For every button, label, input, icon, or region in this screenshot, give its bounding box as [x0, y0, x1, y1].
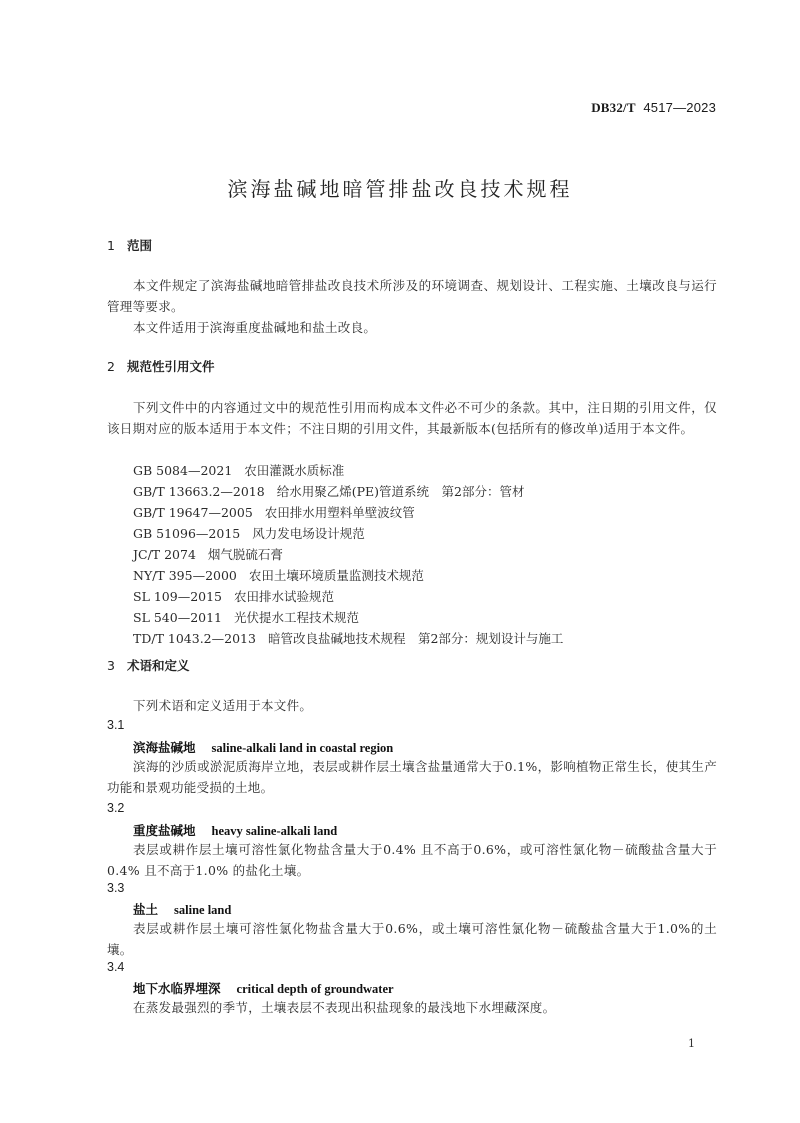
reference-item: NY/T 395—2000农田土壤环境质量监测技术规范	[133, 565, 424, 586]
term-name-zh: 重度盐碱地	[133, 823, 196, 838]
standard-number: 4517—2023	[643, 100, 716, 115]
reference-title: 农田土壤环境质量监测技术规范	[249, 568, 424, 583]
reference-code: GB 5084—2021	[133, 463, 232, 478]
term-name-en: critical depth of groundwater	[237, 982, 394, 996]
term-definition: 表层或耕作层土壤可溶性氯化物盐含量大于0.4% 且不高于0.6%，或可溶性氯化物…	[107, 839, 717, 881]
term-name: 地下水临界埋深critical depth of groundwater	[133, 979, 394, 997]
term-number: 3.4	[107, 960, 124, 974]
term-number: 3.1	[107, 718, 124, 732]
reference-title: 光伏提水工程技术规范	[234, 610, 359, 625]
term-name-zh: 盐土	[133, 902, 158, 917]
reference-code: SL 109—2015	[133, 589, 222, 604]
section-title: 范围	[127, 238, 152, 253]
reference-code: GB/T 19647—2005	[133, 505, 253, 520]
reference-item: JC/T 2074烟气脱硫石膏	[133, 544, 283, 565]
section-number: 2	[107, 359, 127, 374]
page-number: 1	[688, 1037, 695, 1050]
reference-item: GB/T 19647—2005农田排水用塑料单壁波纹管	[133, 502, 415, 523]
term-name-en: saline land	[174, 903, 231, 917]
section-1-paragraph-2: 本文件适用于滨海重度盐碱地和盐土改良。	[107, 317, 717, 338]
section-title: 规范性引用文件	[127, 359, 215, 374]
term-name-zh: 滨海盐碱地	[133, 740, 196, 755]
term-definition: 表层或耕作层土壤可溶性氯化物盐含量大于0.6%，或土壤可溶性氯化物－硫酸盐含量大…	[107, 918, 717, 960]
term-definition: 滨海的沙质或淤泥质海岸立地，表层或耕作层土壤含盐量通常大于0.1%，影响植物正常…	[107, 756, 717, 798]
reference-title: 农田灌溉水质标准	[244, 463, 344, 478]
section-3-intro: 下列术语和定义适用于本文件。	[107, 695, 717, 716]
reference-item: GB/T 13663.2—2018给水用聚乙烯(PE)管道系统 第2部分：管材	[133, 481, 524, 502]
section-1-paragraph-1: 本文件规定了滨海盐碱地暗管排盐改良技术所涉及的环境调查、规划设计、工程实施、土壤…	[107, 275, 717, 317]
term-name-en: saline-alkali land in coastal region	[212, 741, 394, 755]
section-3-heading: 3术语和定义	[107, 656, 190, 674]
reference-item: TD/T 1043.2—2013暗管改良盐碱地技术规程 第2部分：规划设计与施工	[133, 628, 563, 649]
reference-code: JC/T 2074	[133, 547, 196, 562]
reference-item: GB 5084—2021农田灌溉水质标准	[133, 460, 344, 481]
reference-code: TD/T 1043.2—2013	[133, 631, 256, 646]
reference-item: SL 540—2011光伏提水工程技术规范	[133, 607, 359, 628]
section-title: 术语和定义	[127, 658, 190, 673]
term-name-zh: 地下水临界埋深	[133, 981, 221, 996]
reference-code: SL 540—2011	[133, 610, 222, 625]
reference-title: 烟气脱硫石膏	[208, 547, 283, 562]
term-name: 重度盐碱地heavy saline-alkali land	[133, 821, 337, 839]
section-2-heading: 2规范性引用文件	[107, 357, 215, 375]
term-name: 滨海盐碱地saline-alkali land in coastal regio…	[133, 738, 393, 756]
section-number: 1	[107, 238, 127, 253]
term-number: 3.3	[107, 881, 124, 895]
reference-title: 农田排水试验规范	[234, 589, 334, 604]
reference-title: 农田排水用塑料单壁波纹管	[265, 505, 415, 520]
reference-title: 暗管改良盐碱地技术规程 第2部分：规划设计与施工	[268, 631, 563, 646]
section-number: 3	[107, 658, 127, 673]
reference-item: GB 51096—2015风力发电场设计规范	[133, 523, 365, 544]
term-name-en: heavy saline-alkali land	[212, 824, 338, 838]
section-2-paragraph-1: 下列文件中的内容通过文中的规范性引用而构成本文件必不可少的条款。其中，注日期的引…	[107, 397, 717, 439]
document-title: 滨海盐碱地暗管排盐改良技术规程	[0, 173, 800, 202]
reference-code: GB 51096—2015	[133, 526, 240, 541]
term-name: 盐土saline land	[133, 900, 231, 918]
term-definition: 在蒸发最强烈的季节，土壤表层不表现出积盐现象的最浅地下水埋藏深度。	[107, 997, 717, 1018]
reference-title: 风力发电场设计规范	[252, 526, 365, 541]
term-number: 3.2	[107, 801, 124, 815]
reference-code: GB/T 13663.2—2018	[133, 484, 265, 499]
reference-item: SL 109—2015农田排水试验规范	[133, 586, 334, 607]
reference-code: NY/T 395—2000	[133, 568, 237, 583]
standard-prefix: DB32/T	[591, 100, 636, 115]
reference-title: 给水用聚乙烯(PE)管道系统 第2部分：管材	[277, 484, 525, 499]
section-1-heading: 1范围	[107, 236, 152, 254]
standard-code: DB32/T 4517—2023	[591, 100, 716, 116]
